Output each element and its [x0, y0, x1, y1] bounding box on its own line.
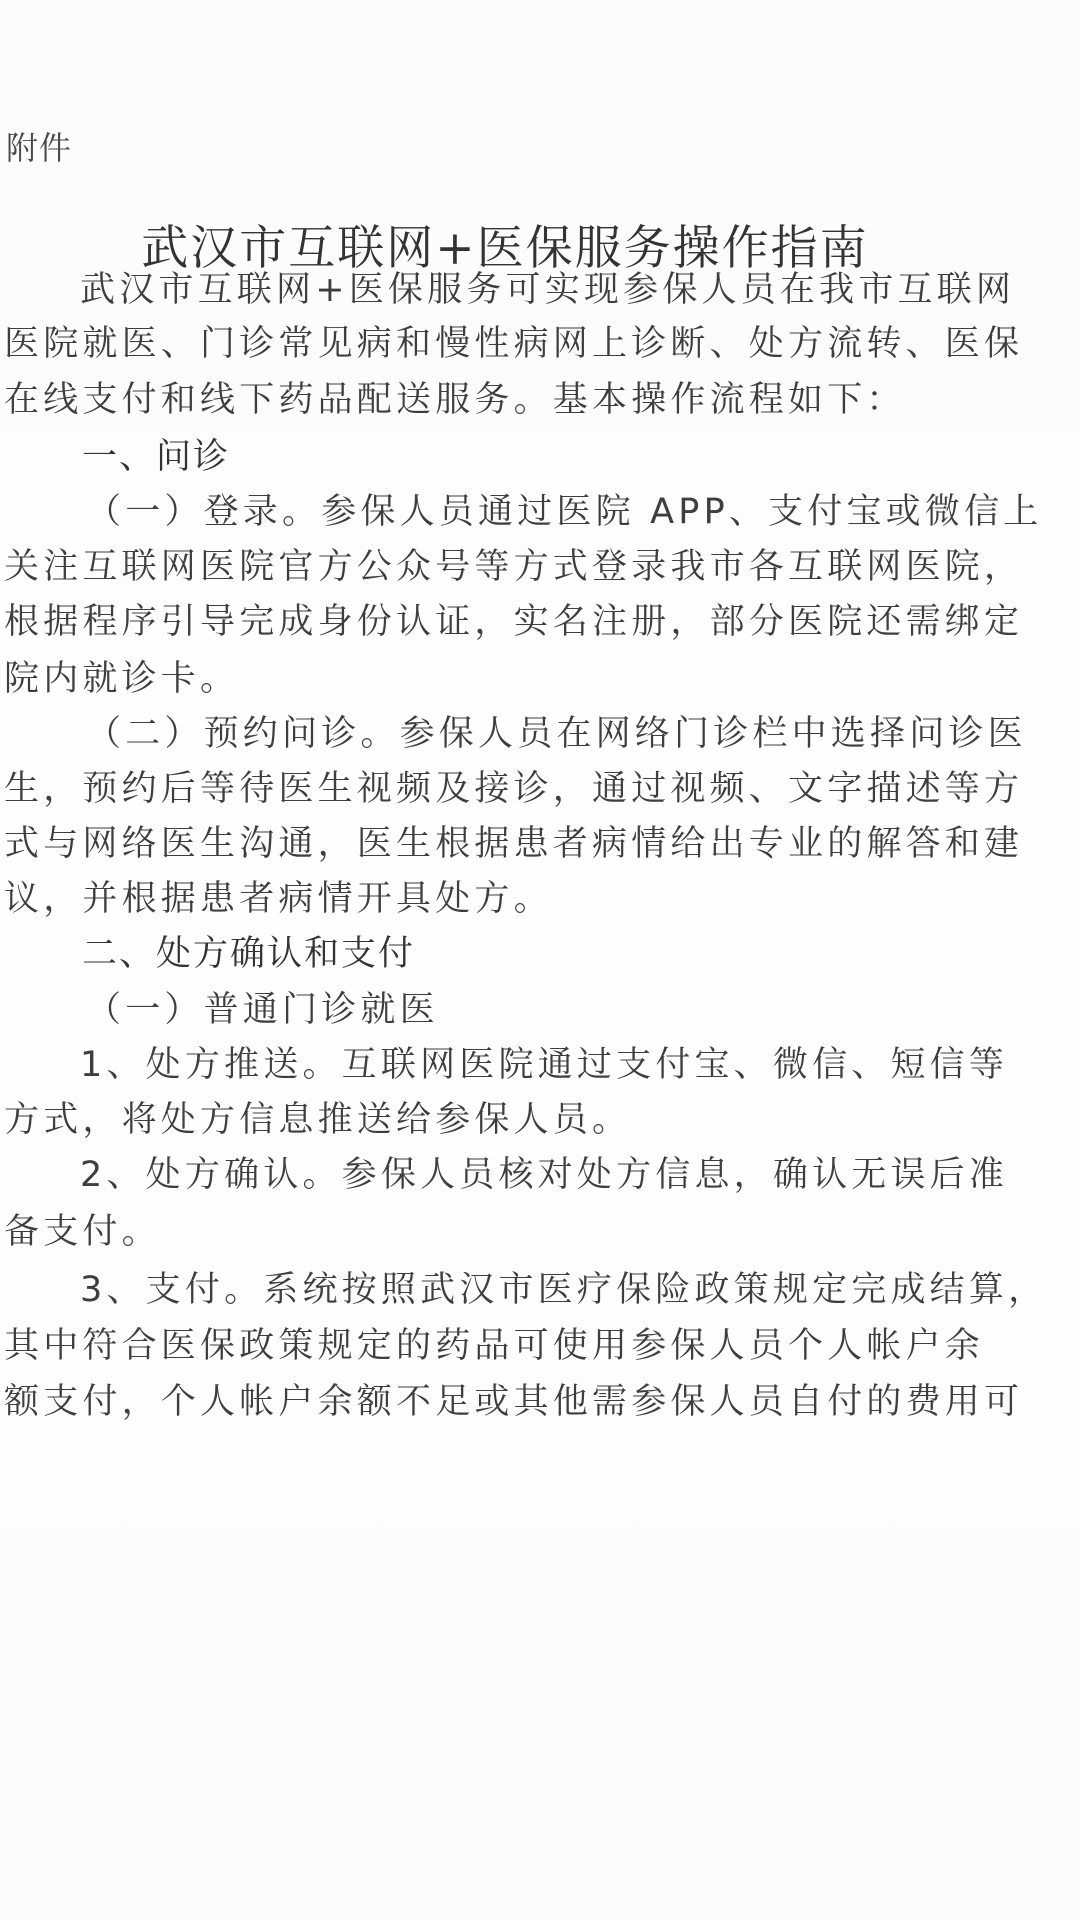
section-heading: 二、处方确认和支付: [82, 932, 415, 976]
document-page: 附件 武汉市互联网+医保服务操作指南 武汉市互联网+医保服务可实现参保人员在我市…: [0, 0, 1080, 1920]
body-line: 议，并根据患者病情开具处方。: [4, 877, 553, 921]
body-line: 院内就诊卡。: [4, 657, 239, 701]
subsection-line: （二）预约问诊。参保人员在网络门诊栏中选择问诊医: [86, 712, 1027, 756]
subsection-line: （一）普通门诊就医: [86, 988, 439, 1032]
attachment-label: 附件: [6, 128, 72, 168]
body-line: 方式，将处方信息推送给参保人员。: [4, 1098, 631, 1142]
body-line: 医院就医、门诊常见病和慢性病网上诊断、处方流转、医保: [4, 322, 1023, 366]
body-line: 武汉市互联网+医保服务可实现参保人员在我市互联网: [80, 268, 1015, 312]
body-line: 生，预约后等待医生视频及接诊，通过视频、文字描述等方: [4, 767, 1023, 811]
body-line: 根据程序引导完成身份认证，实名注册，部分医院还需绑定: [4, 600, 1023, 644]
section-heading: 一、问诊: [82, 435, 230, 479]
body-line: 其中符合医保政策规定的药品可使用参保人员个人帐户余: [4, 1324, 984, 1368]
body-line: 备支付。: [4, 1210, 161, 1254]
body-line: 在线支付和线下药品配送服务。基本操作流程如下：: [4, 378, 906, 422]
body-line: 式与网络医生沟通，医生根据患者病情给出专业的解答和建: [4, 822, 1023, 866]
subsection-line: （一）登录。参保人员通过医院 APP、支付宝或微信上: [86, 490, 1042, 534]
numbered-item-line: 2、处方确认。参保人员核对处方信息，确认无误后准: [80, 1153, 1008, 1197]
numbered-item-line: 1、处方推送。互联网医院通过支付宝、微信、短信等: [80, 1043, 1008, 1087]
numbered-item-line: 3、支付。系统按照武汉市医疗保险政策规定完成结算，: [80, 1268, 1047, 1312]
body-line: 关注互联网医院官方公众号等方式登录我市各互联网医院，: [4, 545, 1023, 589]
body-line: 额支付，个人帐户余额不足或其他需参保人员自付的费用可: [4, 1380, 1023, 1424]
